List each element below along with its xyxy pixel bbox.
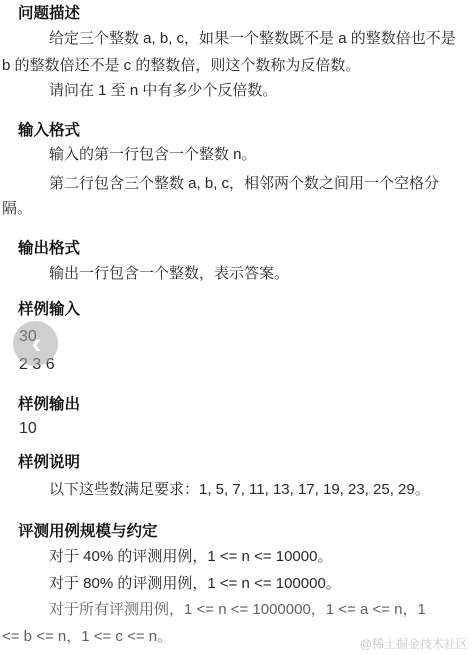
input-format-line-1: 输入的第一行包含一个整数 n。 xyxy=(49,145,257,165)
section-title-sample-note: 样例说明 xyxy=(18,453,80,473)
section-title-input-format: 输入格式 xyxy=(18,121,80,141)
section-title-description: 问题描述 xyxy=(18,4,80,24)
watermark: @稀土掘金技术社区 xyxy=(360,637,468,651)
section-title-constraints: 评测用例规模与约定 xyxy=(18,522,158,542)
carousel-prev-button[interactable]: ‹ xyxy=(13,321,58,366)
sample-note-line-1: 以下这些数满足要求：1, 5, 7, 11, 13, 17, 19, 23, 2… xyxy=(49,480,430,500)
chevron-left-icon: ‹ xyxy=(32,321,42,366)
constraints-line-2: 对于 80% 的评测用例，1 <= n <= 100000。 xyxy=(49,574,341,594)
input-format-line-3: 隔。 xyxy=(2,199,32,219)
constraints-line-1: 对于 40% 的评测用例，1 <= n <= 10000。 xyxy=(49,547,332,567)
problem-page: 问题描述 给定三个整数 a, b, c，如果一个整数既不是 a 的整数倍也不是 … xyxy=(0,0,472,655)
sample-output-line-1: 10 xyxy=(19,419,37,439)
constraints-line-4: <= b <= n，1 <= c <= n。 xyxy=(2,627,172,647)
section-title-sample-input: 样例输入 xyxy=(18,300,80,320)
section-title-output-format: 输出格式 xyxy=(18,239,80,259)
output-format-line-1: 输出一行包含一个整数，表示答案。 xyxy=(49,264,289,284)
description-line-2: b 的整数倍还不是 c 的整数倍，则这个数称为反倍数。 xyxy=(2,56,360,76)
constraints-line-3: 对于所有评测用例，1 <= n <= 1000000，1 <= a <= n，1 xyxy=(49,600,426,620)
description-line-3: 请问在 1 至 n 中有多少个反倍数。 xyxy=(49,81,277,101)
section-title-sample-output: 样例输出 xyxy=(18,395,80,415)
description-line-1: 给定三个整数 a, b, c，如果一个整数既不是 a 的整数倍也不是 xyxy=(49,29,456,49)
input-format-line-2: 第二行包含三个整数 a, b, c，相邻两个数之间用一个空格分 xyxy=(49,174,439,194)
